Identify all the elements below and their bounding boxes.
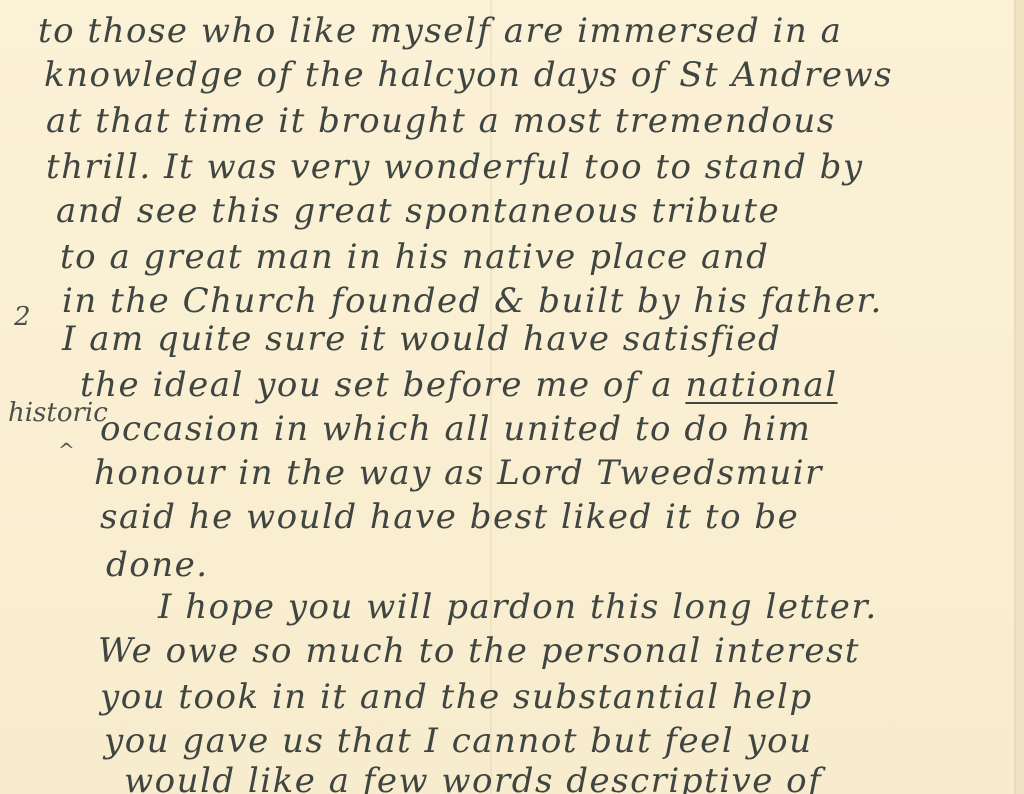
text-line-8: I am quite sure it would have satisfied [62,322,781,356]
text-line-4: thrill. It was very wonderful too to sta… [46,150,864,184]
text-line-2: knowledge of the halcyon days of St Andr… [44,58,893,92]
text-line-12: said he would have best liked it to be [100,500,799,534]
paper-edge [1016,0,1024,794]
text-line-14: I hope you will pardon this long letter. [158,590,878,624]
text-line-11: honour in the way as Lord Tweedsmuir [94,456,823,490]
text-line-9: the ideal you set before me of a nationa… [80,368,838,402]
text-line-5: and see this great spontaneous tribute [56,194,780,228]
text-line-15: We owe so much to the personal interest [98,634,860,668]
insertion-caret: ^ [58,438,75,462]
text-line-13: done. [106,548,209,582]
letter-page: to those who like myself are immersed in… [0,0,1016,794]
underlined-word: national [685,365,837,405]
margin-insertion: historic [8,398,108,428]
text-line-1: to those who like myself are immersed in… [38,14,842,48]
text-line-7: in the Church founded & built by his fat… [62,284,883,318]
text-line-3: at that time it brought a most tremendou… [46,104,836,138]
text-line-6: to a great man in his native place and [60,240,769,274]
text-line-17: you gave us that I cannot but feel you [104,724,813,758]
line-9-text: the ideal you set before me of a [80,365,673,405]
text-line-10: occasion in which all united to do him [100,412,811,446]
text-line-18: would like a few words descriptive of [124,764,822,794]
page-number: 2 [14,302,31,332]
text-line-16: you took in it and the substantial help [100,680,813,714]
